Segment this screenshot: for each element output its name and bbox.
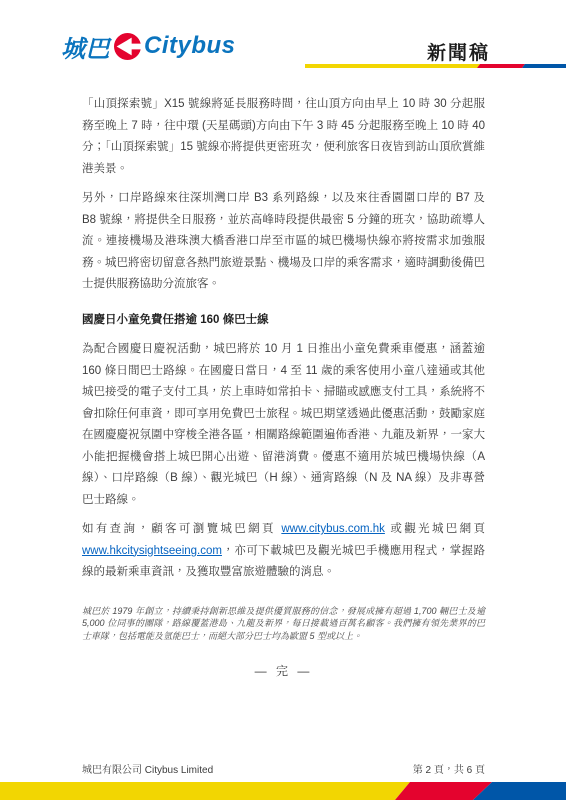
contact-text-pre: 如有查詢，顧客可瀏覽城巴網頁 (82, 523, 281, 535)
section-heading: 國慶日小童免費任搭逾 160 條巴士線 (82, 310, 485, 332)
company-boilerplate: 城巴於 1979 年創立，持續秉持創新思維及提供優質服務的信念，發展成擁有超過 … (82, 605, 485, 643)
main-content: 「山頂探索號」X15 號線將延長服務時間，往山頂方向由早上 10 時 30 分起… (82, 94, 485, 679)
footer-page-number: 第 2 頁，共 6 頁 (413, 761, 485, 776)
paragraph-contact: 如有查詢，顧客可瀏覽城巴網頁 www.citybus.com.hk 或觀光城巴網… (82, 519, 485, 584)
paragraph-peak-service: 「山頂探索號」X15 號線將延長服務時間，往山頂方向由早上 10 時 30 分起… (82, 94, 485, 180)
sightseeing-website-link[interactable]: www.hkcitysightseeing.com (82, 545, 222, 557)
footer-company-name: 城巴有限公司 Citybus Limited (82, 761, 213, 776)
contact-text-mid: 或觀光城巴網頁 (385, 523, 485, 535)
press-release-page: 城巴 Citybus 新聞稿 「山頂探索號」X15 號線將延長服務時間，往山頂方… (0, 0, 566, 800)
citybus-website-link[interactable]: www.citybus.com.hk (281, 523, 385, 535)
paragraph-free-ride-offer: 為配合國慶日慶祝活動，城巴將於 10 月 1 日推出小童免費乘車優惠，涵蓋逾 1… (82, 339, 485, 511)
end-mark: — 完 — (82, 662, 485, 679)
citybus-logo: 城巴 Citybus (61, 32, 236, 60)
header-stripe (305, 64, 566, 68)
citybus-arrow-icon (114, 33, 141, 60)
footer-stripe (0, 782, 566, 800)
logo-english-text: Citybus (144, 32, 236, 60)
document-type-label: 新聞稿 (427, 38, 490, 65)
logo-chinese-text: 城巴 (61, 29, 110, 64)
paragraph-border-routes: 另外，口岸路線來往深圳灣口岸 B3 系列路線，以及來往香園圍口岸的 B7 及 B… (82, 188, 485, 296)
page-footer: 城巴有限公司 Citybus Limited 第 2 頁，共 6 頁 (82, 761, 485, 776)
